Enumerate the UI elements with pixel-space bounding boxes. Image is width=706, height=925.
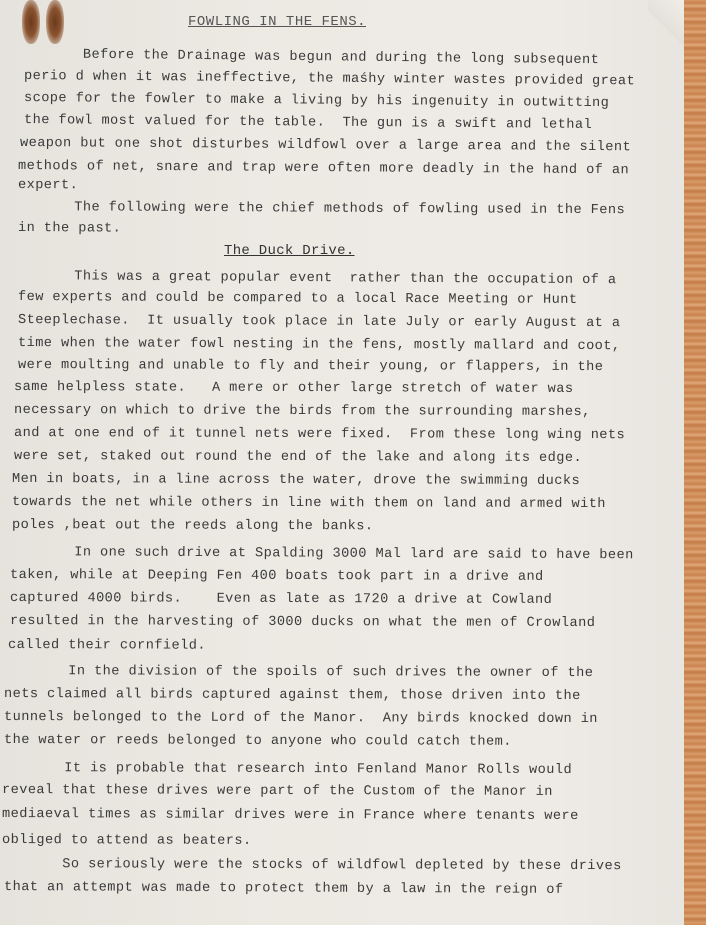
- section-heading: The Duck Drive.: [224, 243, 355, 259]
- text-line: This was a great popular event rather th…: [14, 269, 617, 288]
- text-line: same helpless state. A mere or other lar…: [14, 380, 574, 397]
- text-line: In the division of the spoils of such dr…: [8, 664, 593, 681]
- text-line: perio d when it was ineffective, the maś…: [24, 69, 635, 89]
- text-line: In one such drive at Spalding 3000 Mal l…: [14, 545, 634, 563]
- text-line: were moulting and unable to fly and thei…: [18, 358, 603, 375]
- text-line: So seriously were the stocks of wildfowl…: [2, 857, 622, 874]
- text-line: the water or reeds belonged to anyone wh…: [4, 733, 512, 750]
- rust-stain-mark: [22, 0, 40, 44]
- text-line: weapon but one shot disturbes wildfowl o…: [20, 136, 631, 155]
- text-line: expert.: [18, 178, 78, 193]
- text-line: obliged to attend as beaters.: [2, 833, 252, 849]
- text-line: scope for the fowler to make a living by…: [24, 91, 609, 111]
- text-line: that an attempt was made to protect them…: [4, 880, 564, 898]
- folded-corner: [648, 0, 688, 60]
- text-line: few experts and could be compared to a l…: [18, 290, 578, 308]
- text-line: the fowl most valued for the table. The …: [24, 113, 592, 133]
- text-line: nets claimed all birds captured against …: [4, 687, 581, 704]
- text-line: and at one end of it tunnel nets were fi…: [14, 426, 625, 443]
- typed-page: FOWLING IN THE FENS. The Duck Drive. Bef…: [0, 0, 688, 925]
- text-line: called their cornfield.: [8, 638, 206, 654]
- text-line: mediaeval times as similar drives were i…: [2, 807, 579, 824]
- text-line: captured 4000 birds. Even as late as 172…: [10, 591, 552, 608]
- text-line: taken, while at Deeping Fen 400 boats to…: [10, 568, 544, 585]
- text-line: The following were the chief methods of …: [14, 200, 625, 218]
- document-title: FOWLING IN THE FENS.: [188, 14, 366, 30]
- text-line: tunnels belonged to the Lord of the Mano…: [4, 710, 598, 727]
- text-line: It is probable that research into Fenlan…: [4, 761, 572, 778]
- rust-stain-mark: [46, 0, 64, 44]
- text-line: Steeplechase. It usually took place in l…: [18, 313, 621, 331]
- text-line: Before the Drainage was begun and during…: [14, 47, 599, 68]
- wooden-table-edge: [684, 0, 706, 925]
- text-line: were set, staked out round the end of th…: [14, 449, 582, 466]
- text-line: time when the water fowl nesting in the …: [18, 336, 621, 354]
- text-line: Men in boats, in a line across the water…: [12, 472, 580, 489]
- text-line: reveal that these drives were part of th…: [2, 783, 553, 800]
- text-line: necessary on which to drive the birds fr…: [14, 403, 591, 420]
- text-line: resulted in the harvesting of 3000 ducks…: [10, 614, 595, 631]
- text-line: methods of net, snare and trap were ofte…: [18, 159, 629, 178]
- text-line: towards the net while others in line wit…: [12, 495, 606, 512]
- text-line: in the past.: [18, 221, 121, 237]
- text-line: poles ,beat out the reeds along the bank…: [12, 518, 374, 534]
